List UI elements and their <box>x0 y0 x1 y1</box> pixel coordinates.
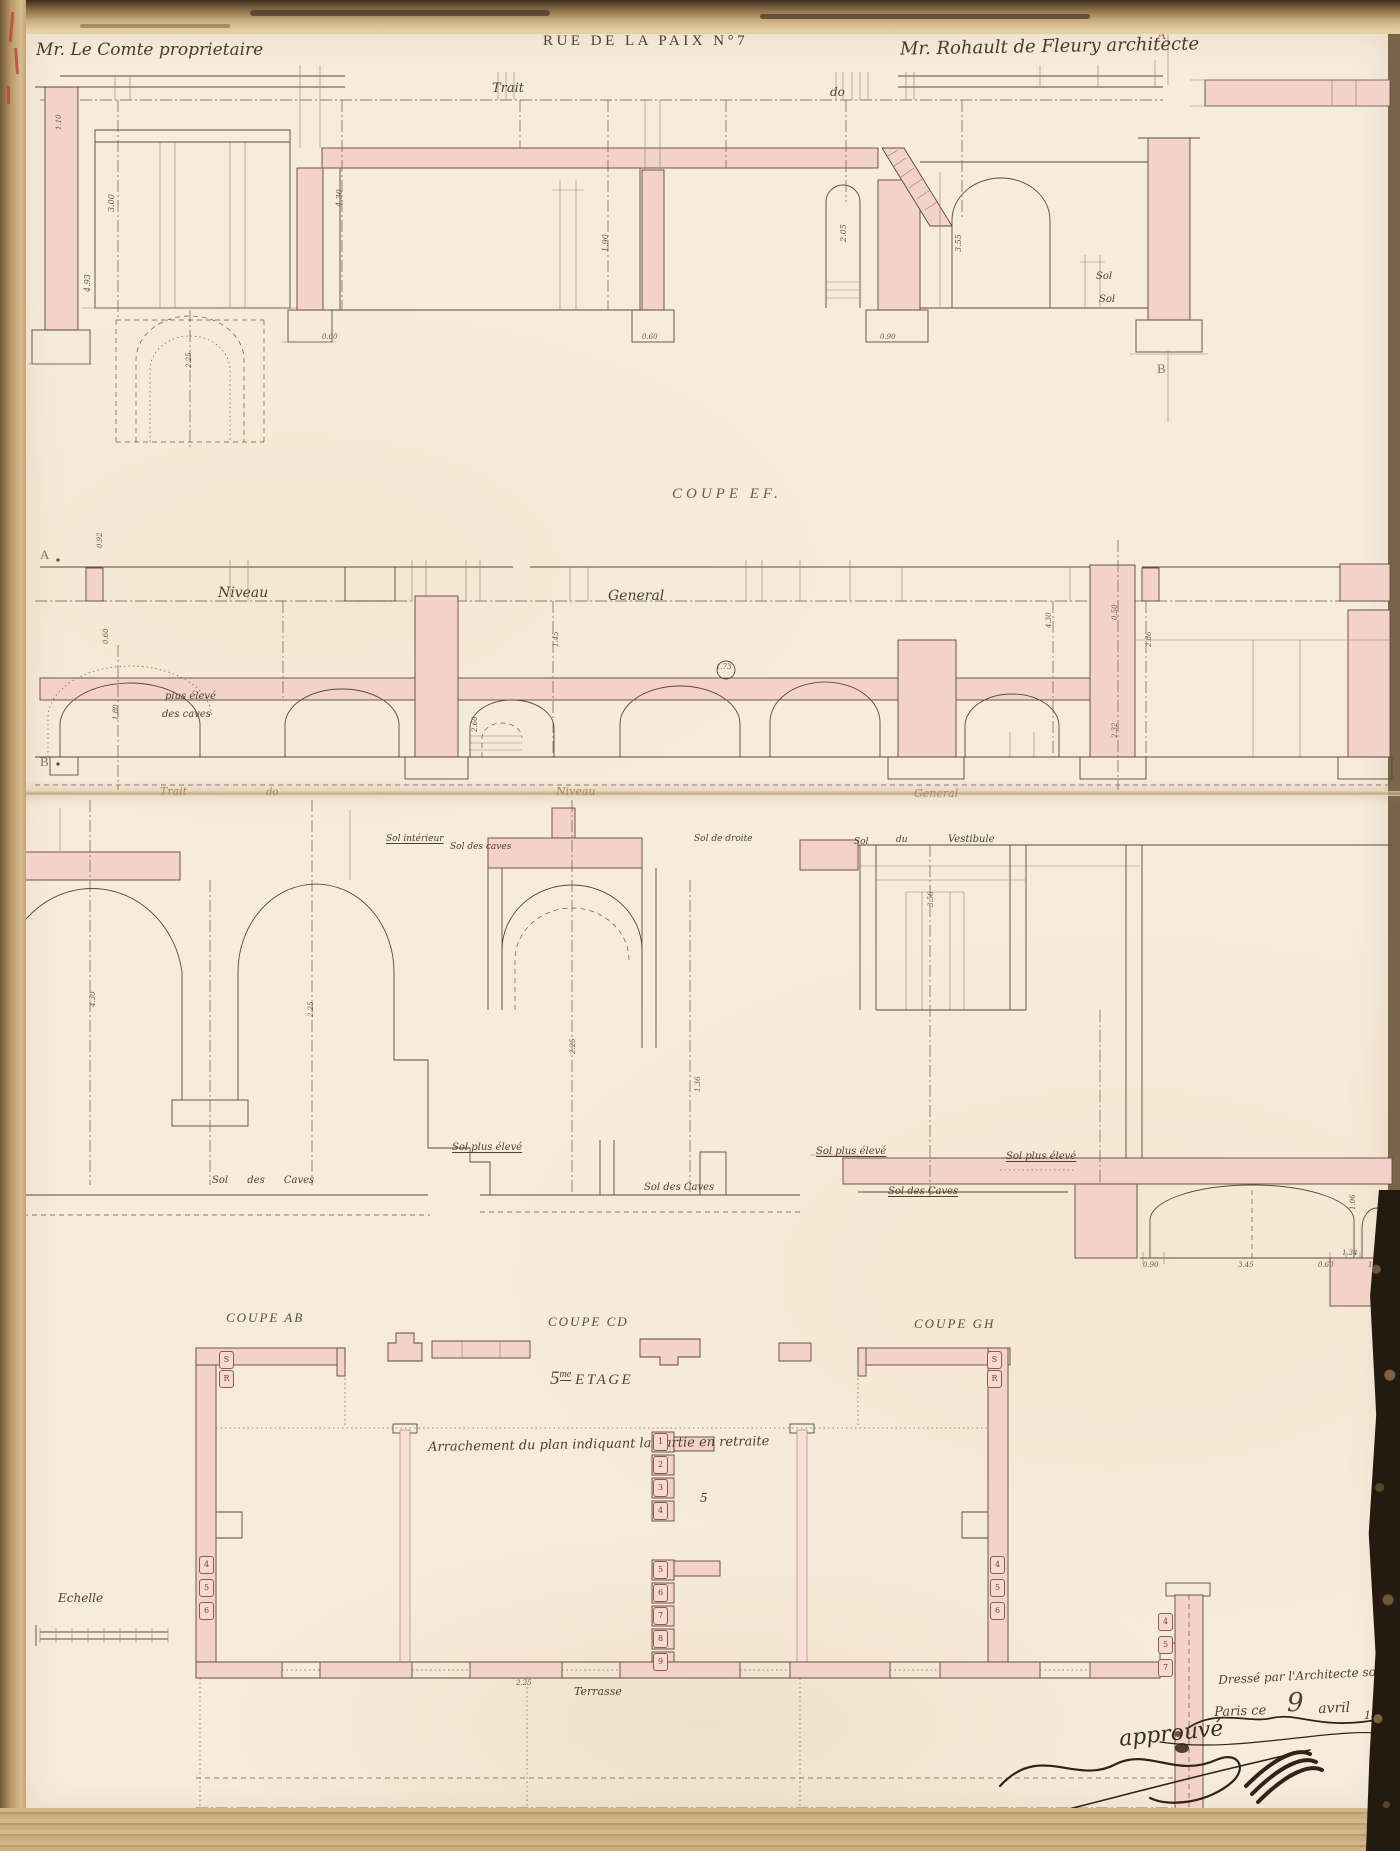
caption-coupe-ab: COUPE AB <box>226 1310 304 1326</box>
floor-ordinal-suffix: me <box>560 1369 572 1381</box>
book-top-page-edges <box>0 0 1400 34</box>
caption-coupe-gh: COUPE GH <box>914 1316 995 1332</box>
floor-word: ETAGE <box>575 1372 633 1388</box>
book-cover-marble <box>1366 1190 1400 1851</box>
coupe-ef-upper-section-drawing <box>0 30 1400 500</box>
coupe-ef-cellar-section-drawing <box>0 540 1400 800</box>
page-title: RUE DE LA PAIX N°7 <box>543 33 748 50</box>
caption-coupe-ef: COUPE EF. <box>672 486 782 503</box>
red-pencil-mark <box>7 86 10 104</box>
book-bottom-page-edges <box>0 1808 1400 1851</box>
owner-inscription: Mr. Le Comte proprietaire <box>36 40 263 60</box>
floor-number: 5 <box>550 1368 560 1389</box>
caption-coupe-cd: COUPE CD <box>548 1314 629 1330</box>
coupes-ab-cd-gh-section-drawings <box>0 800 1400 1330</box>
scanned-architectural-drawing-page: Mr. Le Comte proprietaire RUE DE LA PAIX… <box>0 0 1400 1851</box>
book-left-page-stack <box>0 0 26 1851</box>
caption-5th-floor: 5meETAGE <box>550 1368 633 1390</box>
page-fold-crease <box>0 791 1400 796</box>
